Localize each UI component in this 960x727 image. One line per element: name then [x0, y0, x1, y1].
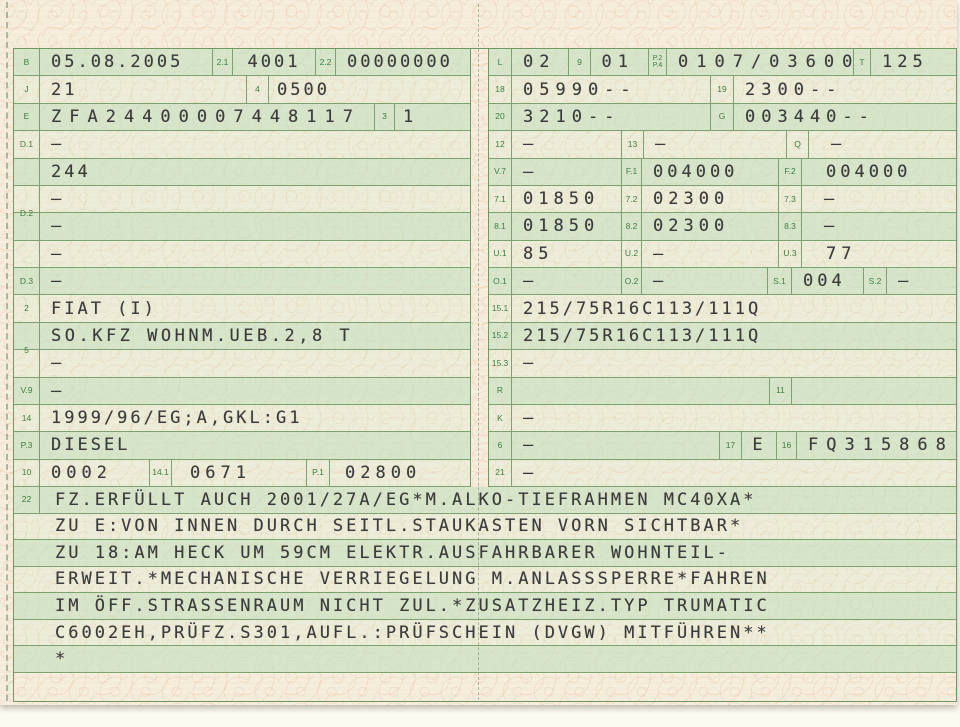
field-value-8-2: 02300 [642, 213, 779, 239]
remarks-row: ERWEIT.*MECHANISCHE VERRIEGELUNG M.ANLAS… [14, 567, 956, 594]
field-value-15-2: 215/75R16C113/111Q [512, 323, 956, 349]
form-row: O.1–O.2–S.1004S.2– [489, 268, 956, 295]
field-value-l: 02 [512, 49, 569, 75]
field-label-15-3: 15.3 [489, 350, 512, 376]
form-row: SO.KFZ WOHNM.UEB.2,8 T [14, 323, 470, 350]
field-value-d-3: – [40, 268, 470, 294]
field-label-j: J [14, 76, 40, 102]
field-label-8-2: 8.2 [622, 213, 642, 239]
form-row: 8.1018508.2023008.3– [489, 213, 956, 240]
form-row: 15.2215/75R16C113/111Q [489, 323, 956, 350]
field-value-8-1: 01850 [512, 213, 622, 239]
remarks-row: C6002EH,PRÜFZ.S301,AUFL.:PRÜFSCHEIN (DVG… [14, 620, 956, 647]
remarks-row: * [14, 646, 956, 673]
field-value-2-2: 00000000 – [336, 49, 470, 75]
field-label-o-2: O.2 [622, 268, 642, 294]
perforation-line [6, 2, 8, 701]
form-row: 1805990--192300-- [489, 76, 956, 103]
field-label-20: 20 [489, 104, 512, 130]
field-label-11: 11 [770, 378, 792, 404]
field-value-p-2-p-4: 0107/03600 [667, 49, 854, 75]
field-value-blank: 244 [40, 159, 470, 185]
field-label-r: R [489, 378, 512, 404]
remarks-line: ZU E:VON INNEN DURCH SEITL.STAUKASTEN VO… [14, 514, 956, 540]
field-label-d-1: D.1 [14, 131, 40, 157]
field-label-22: 22 [14, 487, 40, 513]
field-label-s-2: S.2 [864, 268, 887, 294]
field-value-s-2: – [887, 268, 956, 294]
field-value-blank: – [40, 186, 470, 212]
field-label-s-1: S.1 [768, 268, 792, 294]
field-label-7-2: 7.2 [622, 186, 642, 212]
field-label-p-1: P.1 [307, 460, 330, 486]
form-row: U.185U.2–U.377 [489, 241, 956, 268]
field-label-13: 13 [622, 131, 644, 157]
field-value-12: – [512, 131, 622, 157]
field-label-p-3: P.3 [14, 432, 40, 458]
field-value-14: 1999/96/EG;A,GKL:G1 [40, 405, 470, 431]
form-row: 10000214.10671P.102800 [14, 460, 470, 487]
field-value-o-1: – [512, 268, 622, 294]
form-row: R11 [489, 378, 956, 405]
form-row: 2FIAT (I) [14, 295, 470, 322]
field-label-3: 3 [375, 104, 395, 130]
field-value-2-1: 4001 [233, 49, 316, 75]
field-value-e: ZFA24400007448117 [40, 104, 375, 130]
field-label-u-3: U.3 [779, 241, 802, 267]
field-value-d-2: – [40, 213, 470, 239]
field-value-3: 1 [395, 104, 470, 130]
field-value-f-1: 004000 [642, 159, 779, 185]
form-row: 6–17E16FQ315868 [489, 432, 956, 459]
form-row: B05.08.20052.140012.200000000 – [14, 49, 470, 76]
field-value-10: 0002 [40, 460, 150, 486]
remarks-row: ZU 18:AM HECK UM 59CM ELEKTR.AUSFAHRBARE… [14, 540, 956, 567]
field-label-19: 19 [711, 76, 734, 102]
field-value-7-3: – [802, 186, 956, 212]
field-label-7-3: 7.3 [779, 186, 802, 212]
field-label-14-1: 14.1 [150, 460, 172, 486]
form-row: J2140500 [14, 76, 470, 103]
field-value-8-3: – [802, 213, 956, 239]
form-row: D.2– [14, 213, 470, 240]
field-label-o-1: O.1 [489, 268, 512, 294]
remarks-row: 22FZ.ERFÜLLT AUCH 2001/27A/EG*M.ALKO-TIE… [14, 487, 956, 514]
field-label-8-3: 8.3 [779, 213, 802, 239]
field-value-o-2: – [642, 268, 768, 294]
field-value-p-1: 02800 [330, 460, 470, 486]
field-value-q: – [809, 131, 956, 157]
field-label-v-7: V.7 [489, 159, 512, 185]
field-value-g: 003440-- [734, 104, 956, 130]
field-label-15-2: 15.2 [489, 323, 512, 349]
form-row: 15.1215/75R16C113/111Q [489, 295, 956, 322]
field-label-l: L [489, 49, 512, 75]
left-column: B05.08.20052.140012.200000000 –J2140500E… [14, 49, 471, 487]
field-value-18: 05990-- [512, 76, 711, 102]
field-value-6: – [512, 432, 720, 458]
field-value-7-1: 01850 [512, 186, 622, 212]
field-value-14-1: 0671 [172, 460, 307, 486]
field-value-f-2: 004000 [802, 159, 956, 185]
field-value-21: – [512, 460, 956, 486]
field-label-t: T [854, 49, 871, 75]
field-label-2-2: 2.2 [316, 49, 336, 75]
form-row: – [14, 241, 470, 268]
form-row: K– [489, 405, 956, 432]
form-row: V.7–F.1004000F.2004000 [489, 159, 956, 186]
remarks-line: ERWEIT.*MECHANISCHE VERRIEGELUNG M.ANLAS… [14, 567, 956, 593]
right-column: L02901P.2 P.40107/03600T1251805990--1923… [488, 49, 956, 487]
field-value-v-7: – [512, 159, 622, 185]
field-label-6: 6 [489, 432, 512, 458]
field-label-15-1: 15.1 [489, 295, 512, 321]
field-value-17: E [742, 432, 777, 458]
form-row: EZFA2440000744811731 [14, 104, 470, 131]
field-label-14: 14 [14, 405, 40, 431]
field-label-v-9: V.9 [14, 378, 40, 404]
field-label-5: 5 [14, 350, 40, 376]
form-row: 244 [14, 159, 470, 186]
field-label-16: 16 [777, 432, 797, 458]
field-label-u-1: U.1 [489, 241, 512, 267]
field-label-2-1: 2.1 [213, 49, 233, 75]
field-label-17: 17 [720, 432, 742, 458]
field-label-4: 4 [247, 76, 269, 102]
field-value-4: 0500 [269, 76, 470, 102]
remarks-line: ZU 18:AM HECK UM 59CM ELEKTR.AUSFAHRBARE… [14, 540, 956, 566]
field-value-19: 2300-- [734, 76, 956, 102]
remarks-line: C6002EH,PRÜFZ.S301,AUFL.:PRÜFSCHEIN (DVG… [14, 620, 956, 646]
field-label-8-1: 8.1 [489, 213, 512, 239]
field-label-g: G [711, 104, 734, 130]
form-row: V.9– [14, 378, 470, 405]
form-row: 141999/96/EG;A,GKL:G1 [14, 405, 470, 432]
field-value-20: 3210-- [512, 104, 711, 130]
form-row: D.1– [14, 131, 470, 158]
form-row: 203210--G003440-- [489, 104, 956, 131]
form-row: P.3DIESEL [14, 432, 470, 459]
registration-document: B05.08.20052.140012.200000000 –J2140500E… [0, 0, 957, 705]
form-row: L02901P.2 P.40107/03600T125 [489, 49, 956, 76]
field-label-7-1: 7.1 [489, 186, 512, 212]
form-table: B05.08.20052.140012.200000000 –J2140500E… [13, 48, 957, 702]
field-value-t: 125 [871, 49, 956, 75]
field-label-18: 18 [489, 76, 512, 102]
form-row: D.3– [14, 268, 470, 295]
form-row: 12–13–Q– [489, 131, 956, 158]
field-label-f-2: F.2 [779, 159, 802, 185]
field-label-blank [14, 159, 40, 185]
field-value-s-1: 004 [792, 268, 864, 294]
remarks-row: IM ÖFF.STRASSENRAUM NICHT ZUL.*ZUSATZHEI… [14, 593, 956, 620]
form-row: 21– [489, 460, 956, 487]
form-row: – [14, 186, 470, 213]
field-value-blank: SO.KFZ WOHNM.UEB.2,8 T [40, 323, 470, 349]
upper-fields-section: B05.08.20052.140012.200000000 –J2140500E… [14, 49, 956, 487]
field-value-p-3: DIESEL [40, 432, 470, 458]
field-value-u-2: – [642, 241, 779, 267]
field-label-q: Q [787, 131, 809, 157]
field-value-u-1: 85 [512, 241, 622, 267]
field-value-15-1: 215/75R16C113/111Q [512, 295, 956, 321]
form-row: 15.3– [489, 350, 956, 377]
remarks-line: * [14, 646, 956, 672]
field-label-f-1: F.1 [622, 159, 642, 185]
remarks-section: 22FZ.ERFÜLLT AUCH 2001/27A/EG*M.ALKO-TIE… [14, 487, 956, 673]
remarks-line: IM ÖFF.STRASSENRAUM NICHT ZUL.*ZUSATZHEI… [14, 593, 956, 619]
field-label-21: 21 [489, 460, 512, 486]
field-value-b: 05.08.2005 [40, 49, 213, 75]
field-value-9: 01 [591, 49, 649, 75]
form-row: 7.1018507.2023007.3– [489, 186, 956, 213]
field-label-d-2: D.2 [14, 213, 40, 239]
field-value-k: – [512, 405, 956, 431]
field-label-9: 9 [569, 49, 591, 75]
field-value-16: FQ315868 [797, 432, 956, 458]
field-value-blank: – [40, 241, 470, 267]
field-value-13: – [644, 131, 787, 157]
field-value-2: FIAT (I) [40, 295, 470, 321]
field-value-r [512, 378, 770, 404]
field-value-v-9: – [40, 378, 470, 404]
field-label-blank [14, 241, 40, 267]
field-value-5: – [40, 350, 470, 376]
field-value-u-3: 77 [802, 241, 956, 267]
field-value-d-1: – [40, 131, 470, 157]
field-label-b: B [14, 49, 40, 75]
field-label-u-2: U.2 [622, 241, 642, 267]
field-label-e: E [14, 104, 40, 130]
field-label-p-2-p-4: P.2 P.4 [649, 49, 667, 75]
field-value-15-3: – [512, 350, 956, 376]
form-row: 5– [14, 350, 470, 377]
field-value-j: 21 [40, 76, 247, 102]
field-value-11 [792, 378, 956, 404]
field-label-10: 10 [14, 460, 40, 486]
field-label-2: 2 [14, 295, 40, 321]
remarks-line: FZ.ERFÜLLT AUCH 2001/27A/EG*M.ALKO-TIEFR… [40, 487, 956, 513]
field-label-12: 12 [489, 131, 512, 157]
field-value-7-2: 02300 [642, 186, 779, 212]
field-label-d-3: D.3 [14, 268, 40, 294]
empty-tail-band [14, 673, 956, 701]
field-label-k: K [489, 405, 512, 431]
remarks-row: ZU E:VON INNEN DURCH SEITL.STAUKASTEN VO… [14, 514, 956, 541]
